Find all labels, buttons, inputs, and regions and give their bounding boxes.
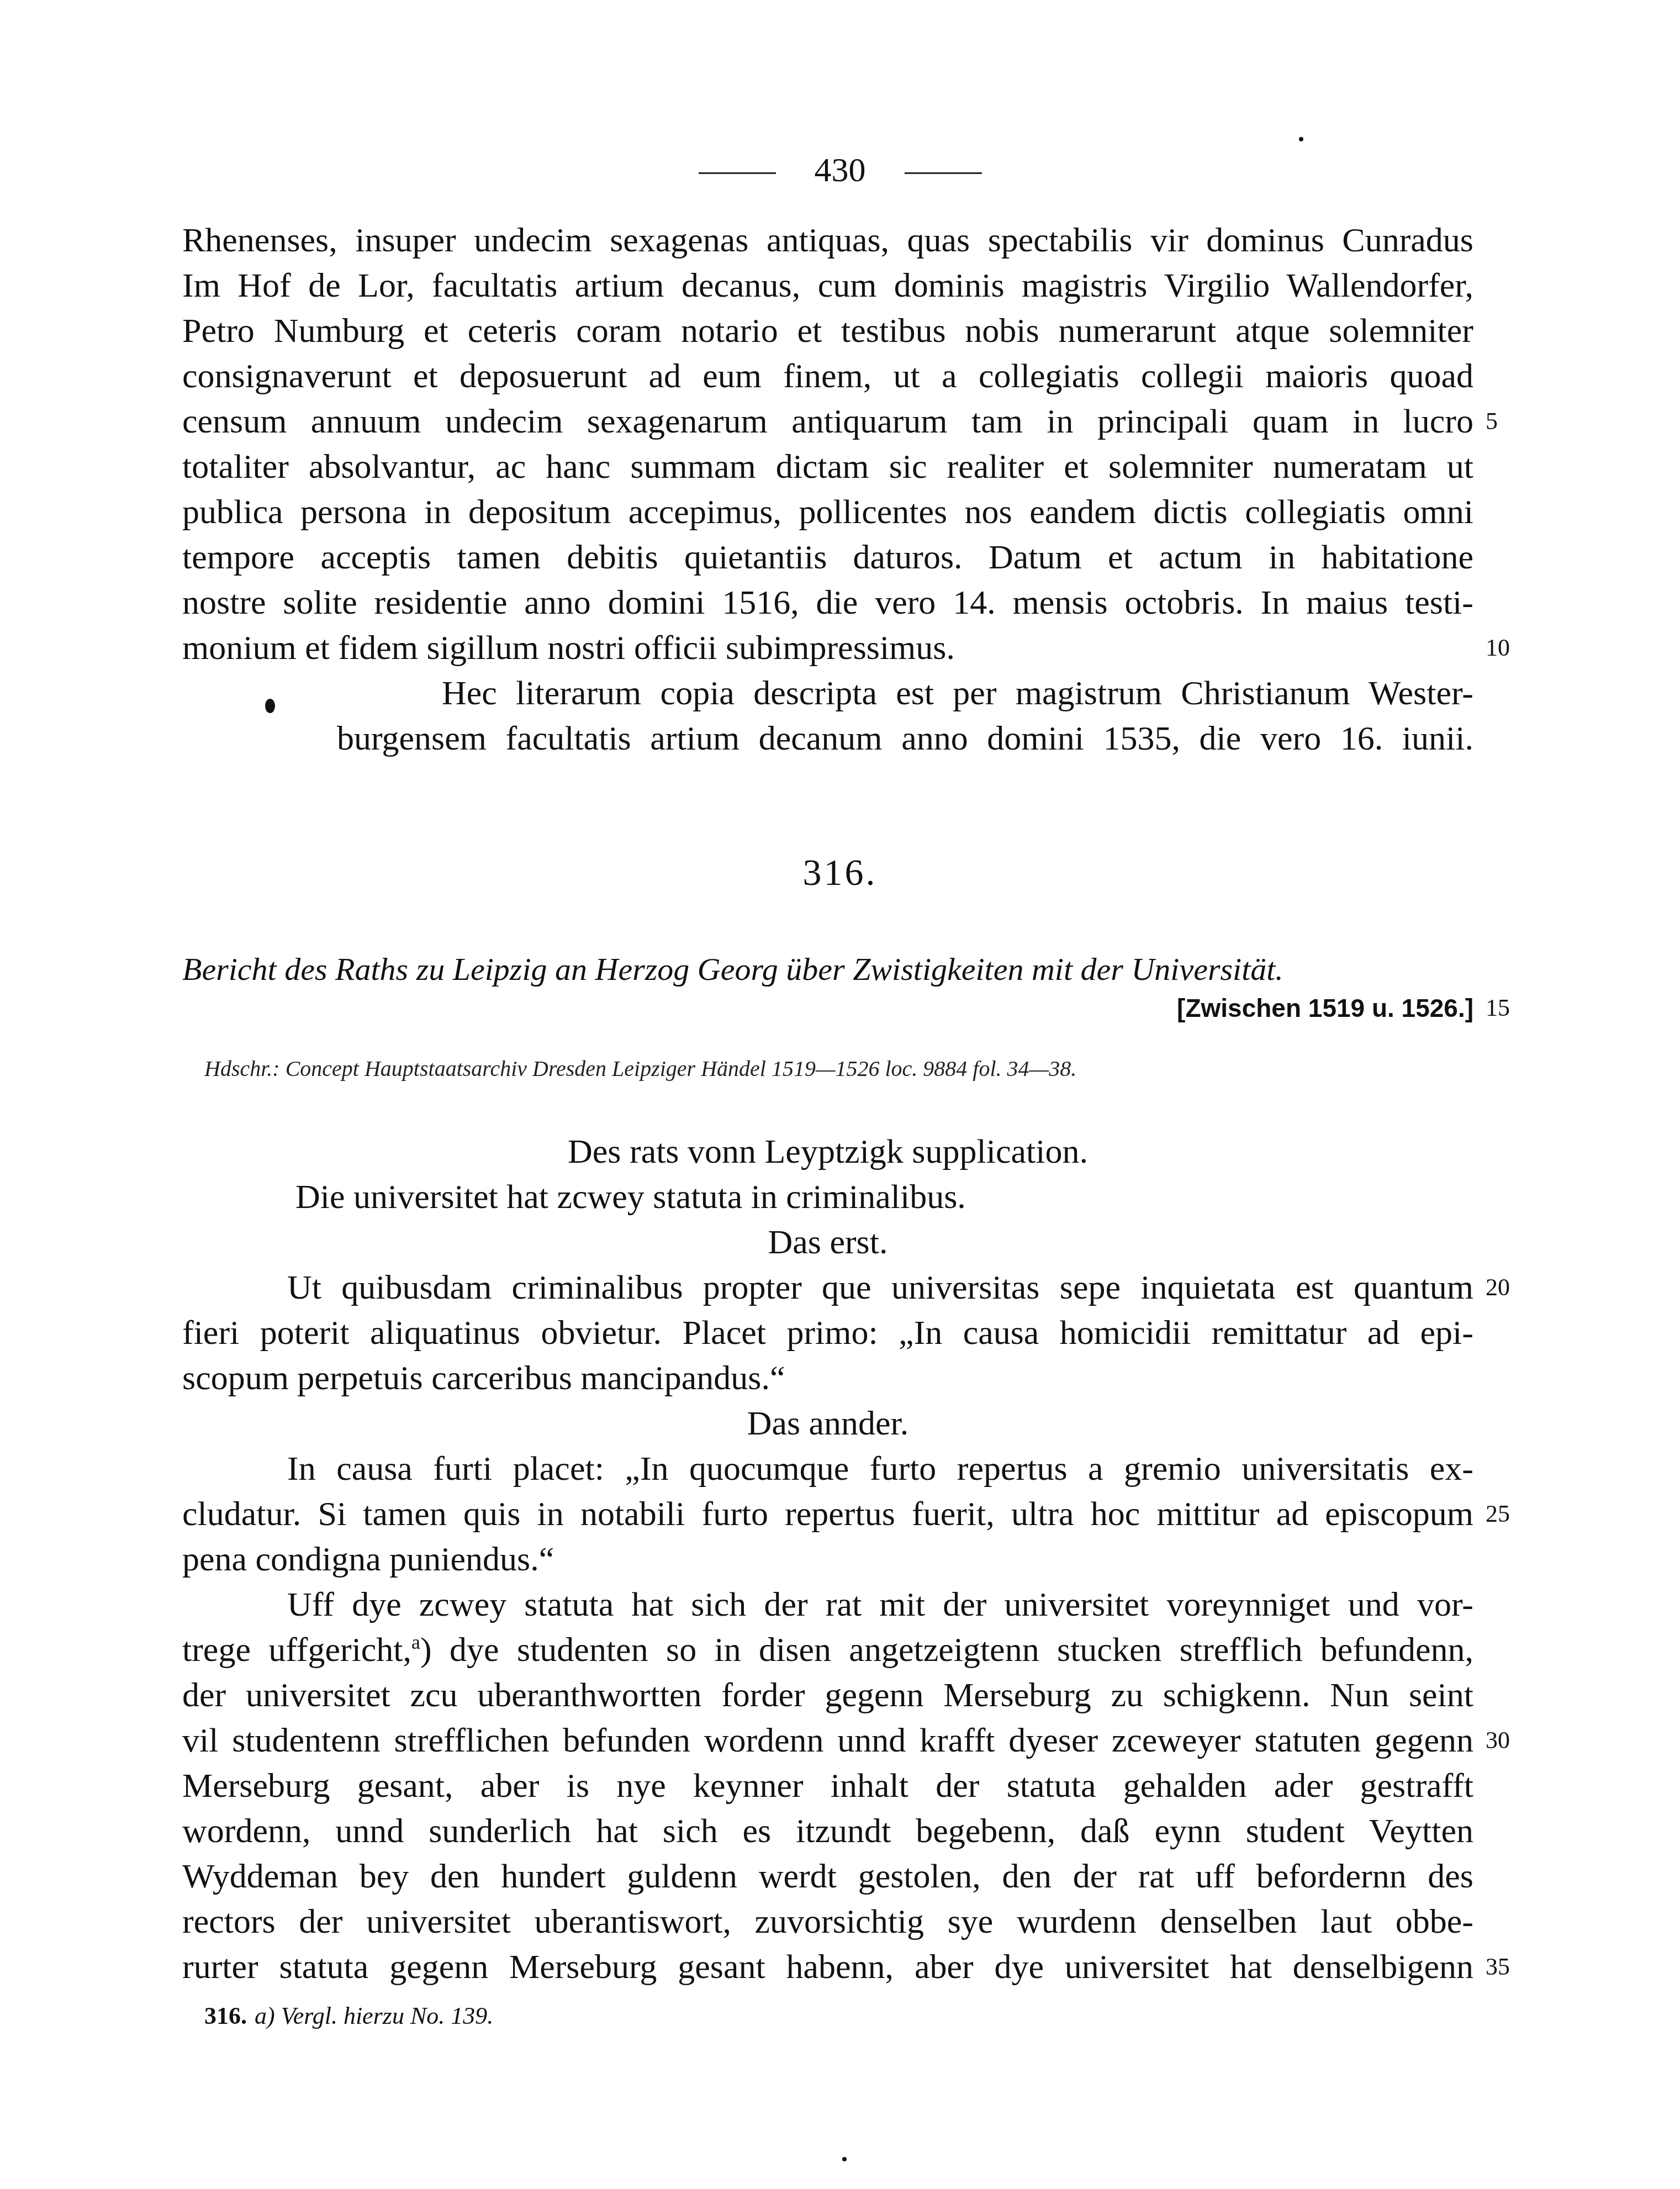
section-heading: Das annder. bbox=[182, 1401, 1473, 1446]
text-line: Im Hof de Lor, facultatis artium decanus… bbox=[182, 263, 1473, 308]
header-rule-right bbox=[905, 172, 982, 174]
line-number: 35 bbox=[1486, 1945, 1530, 1989]
text-line: rectors der universitet uberantiswort, z… bbox=[182, 1900, 1473, 1944]
document-date: [Zwischen 1519 u. 1526.] bbox=[182, 986, 1473, 1030]
document-title: Bericht des Raths zu Leipzig an Herzog G… bbox=[182, 947, 1473, 991]
text-line: cludatur. Si tamen quis in notabili furt… bbox=[182, 1492, 1473, 1536]
line-number: 5 bbox=[1486, 399, 1530, 444]
text-line: trege uffgericht,a) dye studenten so in … bbox=[182, 1628, 1473, 1672]
text-line: consignaverunt et deposuerunt ad eum fin… bbox=[182, 354, 1473, 398]
document-heading: Des rats vonn Leyptzigk supplication. bbox=[182, 1130, 1473, 1174]
text-line: nostre solite residentie anno domini 151… bbox=[182, 581, 1473, 625]
text-segment: trege uffgericht, bbox=[182, 1631, 411, 1669]
section-heading: Das erst. bbox=[182, 1220, 1473, 1264]
text-line: Merseburg gesant, aber is nye keynner in… bbox=[182, 1764, 1473, 1808]
line-number: 25 bbox=[1486, 1492, 1530, 1536]
line-number: 10 bbox=[1486, 626, 1530, 670]
text-line: Ut quibusdam criminalibus propter que un… bbox=[287, 1265, 1473, 1310]
intro-line: Die universitet hat zcwey statuta in cri… bbox=[295, 1175, 1587, 1219]
text-line: vil studentenn strefflichen befunden wor… bbox=[182, 1718, 1473, 1763]
text-line: totaliter absolvantur, ac hanc summam di… bbox=[182, 445, 1473, 489]
text-line: Uff dye zcwey statuta hat sich der rat m… bbox=[287, 1583, 1473, 1627]
footnote: 316.a) Vergl. hierzu No. 139. bbox=[204, 2000, 493, 2033]
document-number: 316. bbox=[0, 851, 1680, 894]
line-number: 20 bbox=[1486, 1265, 1530, 1310]
speck-mark bbox=[842, 2157, 847, 2161]
text-line: der universitet zcu uberanthwortten ford… bbox=[182, 1673, 1473, 1717]
postscript-line: Hec literarum copia descripta est per ma… bbox=[442, 671, 1473, 715]
text-line: In causa furti placet: „In quocumque fur… bbox=[287, 1447, 1473, 1491]
footnote-ref[interactable]: a bbox=[411, 1631, 420, 1653]
text-line: fieri poterit aliquatinus obvietur. Plac… bbox=[182, 1311, 1473, 1355]
postscript-line: burgensem facultatis artium decanum anno… bbox=[337, 716, 1473, 761]
text-line: Rhenenses, insuper undecim sexagenas ant… bbox=[182, 218, 1473, 262]
source-note: Hdschr.: Concept Hauptstaatsarchiv Dresd… bbox=[204, 1052, 1076, 1085]
footnote-text: a) Vergl. hierzu No. 139. bbox=[255, 2002, 493, 2029]
text-line: wordenn, unnd sunderlich hat sich es itz… bbox=[182, 1809, 1473, 1853]
text-line: tempore acceptis tamen debitis quietanti… bbox=[182, 535, 1473, 579]
speck-mark bbox=[1299, 137, 1303, 141]
document-page: 430 Rhenenses, insuper undecim sexagenas… bbox=[0, 0, 1680, 2189]
text-line: monium et fidem sigillum nostri officii … bbox=[182, 626, 1473, 670]
text-line: Petro Numburg et ceteris coram notario e… bbox=[182, 309, 1473, 353]
footnote-number: 316. bbox=[204, 2002, 247, 2029]
page-number: 430 bbox=[815, 151, 866, 189]
page-header: 430 bbox=[0, 148, 1680, 192]
text-line: publica persona in depositum accepimus, … bbox=[182, 490, 1473, 534]
line-number: 15 bbox=[1486, 986, 1530, 1030]
text-line: Wyddeman bey den hundert guldenn werdt g… bbox=[182, 1854, 1473, 1898]
text-line: pena condigna puniendus.“ bbox=[182, 1537, 1473, 1581]
text-segment: ) dye studenten so in disen angetzeigten… bbox=[420, 1631, 1473, 1669]
line-number: 30 bbox=[1486, 1718, 1530, 1763]
text-line: scopum perpetuis carceribus mancipandus.… bbox=[182, 1356, 1473, 1400]
text-line: rurter statuta gegenn Merseburg gesant h… bbox=[182, 1945, 1473, 1989]
text-line: censum annuum undecim sexagenarum antiqu… bbox=[182, 399, 1473, 444]
ink-blot-mark bbox=[265, 699, 275, 713]
header-rule-left bbox=[699, 172, 776, 174]
